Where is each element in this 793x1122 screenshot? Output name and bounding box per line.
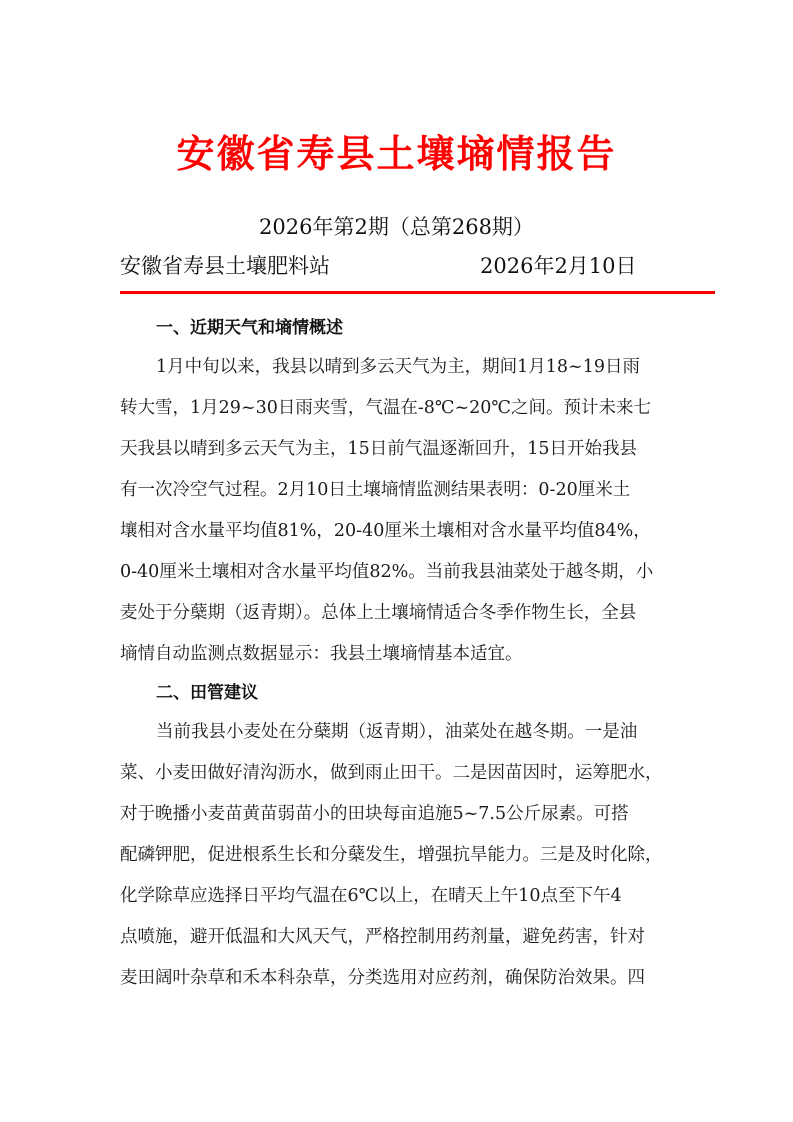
text-line: 墒情自动监测点数据显示：我县土壤墒情基本适宜。 bbox=[120, 634, 680, 675]
text-line: 转大雪，1月29~30日雨夹雪，气温在-8℃~20℃之间。预计未来七 bbox=[120, 388, 680, 429]
text-line: 壤相对含水量平均值81%，20-40厘米土壤相对含水量平均值84%， bbox=[120, 511, 680, 552]
red-divider bbox=[120, 291, 715, 294]
text-line: 麦处于分蘖期（返青期）。总体上土壤墒情适合冬季作物生长，全县 bbox=[120, 593, 680, 634]
issue-number: 2026年第2期（总第268期） bbox=[0, 212, 793, 242]
text-line: 有一次冷空气过程。2月10日土壤墒情监测结果表明：0-20厘米土 bbox=[120, 470, 680, 511]
text-line: 菜、小麦田做好清沟沥水，做到雨止田干。二是因苗因时，运筹肥水， bbox=[120, 753, 680, 794]
section-heading-field-management: 二、田管建议 bbox=[120, 675, 680, 712]
publisher-name: 安徽省寿县土壤肥料站 bbox=[120, 250, 330, 282]
section-paragraph-weather: 1月中旬以来，我县以晴到多云天气为主，期间1月18~19日雨 转大雪，1月29~… bbox=[120, 347, 680, 675]
text-line: 0-40厘米土壤相对含水量平均值82%。当前我县油菜处于越冬期，小 bbox=[120, 552, 680, 593]
text-line: 天我县以晴到多云天气为主，15日前气温逐渐回升，15日开始我县 bbox=[120, 429, 680, 470]
text-line: 配磷钾肥，促进根系生长和分蘖发生，增强抗旱能力。三是及时化除， bbox=[120, 835, 680, 876]
text-line: 1月中旬以来，我县以晴到多云天气为主，期间1月18~19日雨 bbox=[120, 347, 680, 388]
section-paragraph-field-management: 当前我县小麦处在分蘖期（返青期），油菜处在越冬期。一是油 菜、小麦田做好清沟沥水… bbox=[120, 712, 680, 999]
text-line: 点喷施，避开低温和大风天气，严格控制用药剂量，避免药害，针对 bbox=[120, 917, 680, 958]
text-line: 麦田阔叶杂草和禾本科杂草，分类选用对应药剂，确保防治效果。四 bbox=[120, 958, 680, 999]
section-heading-weather: 一、近期天气和墒情概述 bbox=[120, 310, 680, 347]
publish-date: 2026年2月10日 bbox=[480, 250, 637, 282]
report-title: 安徽省寿县土壤墒情报告 bbox=[0, 126, 793, 182]
text-line: 对于晚播小麦苗黄苗弱苗小的田块每亩追施5~7.5公斤尿素。可搭 bbox=[120, 794, 680, 835]
report-body: 一、近期天气和墒情概述 1月中旬以来，我县以晴到多云天气为主，期间1月18~19… bbox=[120, 310, 680, 999]
text-line: 当前我县小麦处在分蘖期（返青期），油菜处在越冬期。一是油 bbox=[120, 712, 680, 753]
text-line: 化学除草应选择日平均气温在6℃以上，在晴天上午10点至下午4 bbox=[120, 876, 680, 917]
